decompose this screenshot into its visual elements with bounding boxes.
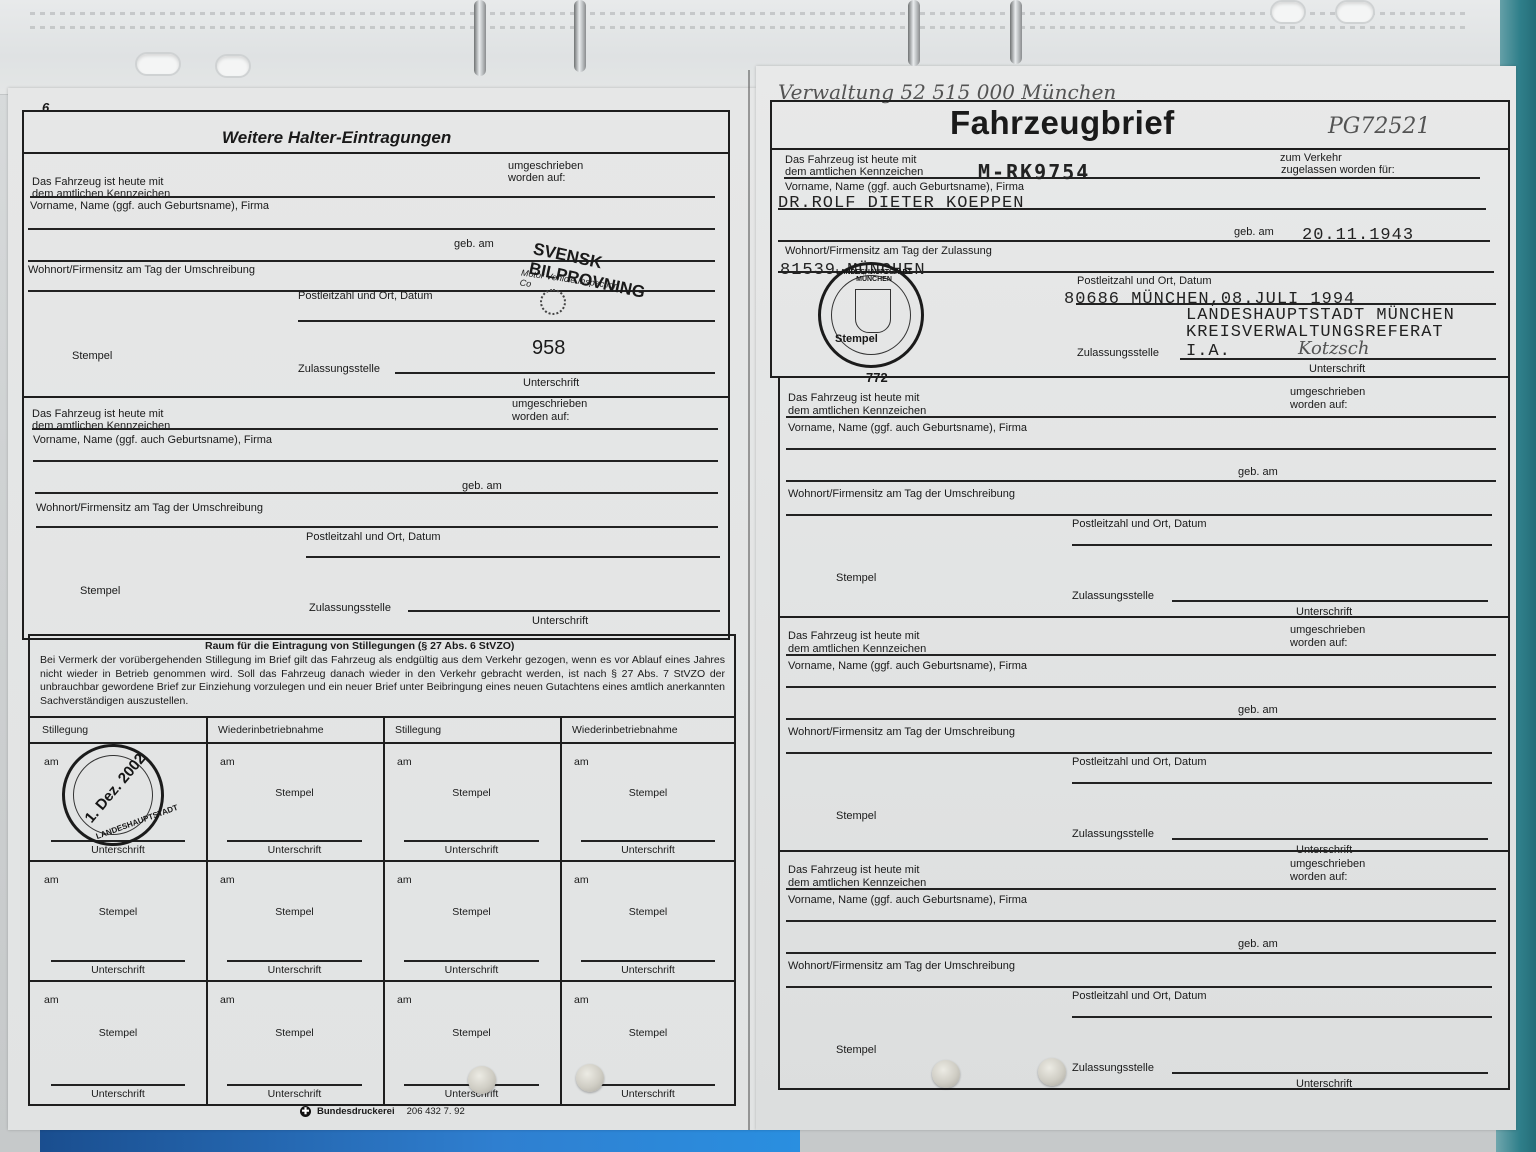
stilllegung-cell[interactable]: am Stempel Unterschrift — [560, 860, 736, 980]
unterschrift-label: Unterschrift — [206, 1088, 383, 1100]
wohnort-label: Wohnort/Firmensitz am Tag der Zulassung — [785, 245, 992, 258]
stempel-label: Stempel — [30, 1027, 206, 1039]
column-header: Wiederinbetriebnahme — [218, 724, 324, 736]
am-label: am — [44, 994, 59, 1006]
stempel-label: Stempel — [383, 906, 560, 918]
printer-imprint: ✚ Bundesdruckerei 206 432 7. 92 — [300, 1106, 465, 1117]
stamp-emblem-icon — [540, 289, 566, 315]
am-label: am — [397, 994, 412, 1006]
binder-peg — [1038, 1058, 1066, 1086]
unterschrift-label: Unterschrift — [383, 964, 560, 976]
geb-label: geb. am — [1238, 466, 1278, 479]
stilllegung-cell[interactable]: am Stempel Unterschrift — [30, 980, 206, 1104]
name-label: Vorname, Name (ggf. auch Geburtsname), F… — [33, 434, 272, 447]
am-label: am — [220, 874, 235, 886]
zulassung-label: Zulassungsstelle — [298, 363, 380, 376]
name-field[interactable] — [786, 448, 1496, 450]
am-label: am — [397, 874, 412, 886]
binder-peg — [468, 1066, 496, 1094]
stempel-label: Stempel — [560, 787, 736, 799]
unterschrift-label: Unterschrift — [30, 1088, 206, 1100]
stilllegung-cell[interactable]: am Stempel Unterschrift — [206, 860, 383, 980]
geb-label: geb. am — [1238, 938, 1278, 951]
punch-hole — [1270, 0, 1306, 24]
unterschrift-label: Unterschrift — [560, 964, 736, 976]
stempel-label: Stempel — [206, 906, 383, 918]
name-field[interactable] — [786, 920, 1496, 922]
stilllegung-title: Raum für die Eintragung von Stillegungen… — [205, 640, 514, 652]
wohnort-label: Wohnort/Firmensitz am Tag der Umschreibu… — [788, 726, 1015, 739]
stempel-label: Stempel — [835, 333, 878, 345]
zulassung-label: Zulassungsstelle — [1077, 347, 1159, 360]
umgeschrieben-label: umgeschrieben — [512, 398, 587, 411]
name-label: Vorname, Name (ggf. auch Geburtsname), F… — [788, 422, 1027, 435]
geb-label: geb. am — [1238, 704, 1278, 717]
svensk-bilprovning-stamp: SVENSK BILPROVNING Motor Vehicle Inspect… — [508, 245, 628, 385]
unterschrift-label: Unterschrift — [206, 964, 383, 976]
plz-label: Postleitzahl und Ort, Datum — [1072, 990, 1207, 1003]
plz-field[interactable] — [1072, 1016, 1492, 1018]
kennzeichen-label: Das Fahrzeug ist heute mit — [788, 392, 919, 405]
zugelassen-label: zugelassen worden für: — [1281, 164, 1395, 177]
am-label: am — [44, 874, 59, 886]
stempel-label: Stempel — [72, 350, 112, 363]
eagle-icon: ✚ — [300, 1106, 311, 1117]
geb-field[interactable] — [786, 718, 1496, 720]
binder-peg — [932, 1060, 960, 1088]
name-label: Vorname, Name (ggf. auch Geburtsname), F… — [788, 894, 1027, 907]
binder-ring — [474, 0, 486, 76]
wohnort-label: Wohnort/Firmensitz am Tag der Umschreibu… — [28, 264, 255, 277]
kennzeichen-label: Das Fahrzeug ist heute mit — [788, 630, 919, 643]
umgeschrieben-label: umgeschrieben — [1290, 858, 1365, 871]
umgeschrieben-label: umgeschrieben — [1290, 386, 1365, 399]
zulassung-label: Zulassungsstelle — [309, 602, 391, 615]
kennzeichen-label: Das Fahrzeug ist heute mit — [788, 864, 919, 877]
umgeschrieben-label: worden auf: — [508, 172, 565, 185]
unterschrift-label: Unterschrift — [560, 844, 736, 856]
geb-field[interactable] — [786, 952, 1496, 954]
handwritten-serial: PG72521 — [1328, 114, 1430, 139]
geb-label: geb. am — [454, 238, 494, 251]
kennzeichen-field[interactable] — [32, 428, 718, 430]
stilllegung-cell[interactable]: am Stempel Unterschrift — [30, 860, 206, 980]
kennzeichen-field[interactable] — [786, 416, 1496, 418]
unterschrift-label: Unterschrift — [383, 844, 560, 856]
page-fold — [748, 70, 750, 1130]
name-field[interactable] — [786, 686, 1496, 688]
name-field[interactable] — [28, 228, 715, 230]
unterschrift-label: Unterschrift — [30, 964, 206, 976]
stempel-label: Stempel — [206, 1027, 383, 1039]
plz-field[interactable] — [1072, 782, 1492, 784]
binder-ring — [908, 0, 920, 66]
section-title: Weitere Halter-Eintragungen — [222, 128, 451, 148]
am-label: am — [574, 756, 589, 768]
wohnort-label: Wohnort/Firmensitz am Tag der Umschreibu… — [788, 960, 1015, 973]
stempel-label: Stempel — [30, 906, 206, 918]
unterschrift-label: Unterschrift — [1296, 1078, 1352, 1091]
zulassung-field[interactable] — [1172, 838, 1488, 840]
stilllegung-notice: Bei Vermerk der vorübergehenden Stillegu… — [40, 654, 725, 708]
punch-hole — [135, 52, 181, 76]
stilllegung-cell[interactable]: am Stempel Unterschrift — [206, 980, 383, 1104]
zulassung-label: Zulassungsstelle — [1072, 828, 1154, 841]
punch-hole — [1335, 0, 1375, 24]
stempel-label: Stempel — [560, 1027, 736, 1039]
stilllegung-cell[interactable]: am Stempel Unterschrift — [383, 860, 560, 980]
geb-label: geb. am — [1234, 226, 1274, 239]
column-header: Stillegung — [42, 724, 88, 736]
stempel-label: Stempel — [383, 787, 560, 799]
zulassung-field[interactable] — [1172, 1072, 1488, 1074]
plz-field[interactable] — [306, 556, 720, 558]
munich-city-stamp: LANDESHAUPTSTADT MÜNCHEN Stempel — [818, 262, 924, 368]
stamp-text: LANDESHAUPTSTADT MÜNCHEN — [831, 269, 917, 283]
name-label: Vorname, Name (ggf. auch Geburtsname), F… — [788, 660, 1027, 673]
zulassung-field[interactable] — [1172, 600, 1488, 602]
stamp-number: 958 — [532, 337, 565, 360]
wohnort-label: Wohnort/Firmensitz am Tag der Umschreibu… — [36, 502, 263, 515]
stempel-label: Stempel — [80, 585, 120, 598]
unterschrift-label: Unterschrift — [532, 615, 588, 628]
stempel-label: Stempel — [206, 787, 383, 799]
zulassung-label: Zulassungsstelle — [1072, 590, 1154, 603]
plz-label: Postleitzahl und Ort, Datum — [1072, 756, 1207, 769]
name-label: Vorname, Name (ggf. auch Geburtsname), F… — [30, 200, 269, 213]
stempel-label: Stempel — [383, 1027, 560, 1039]
kennzeichen-field[interactable] — [786, 888, 1496, 890]
kennzeichen-label: dem amtlichen Kennzeichen — [32, 420, 170, 433]
umgeschrieben-label: worden auf: — [512, 411, 569, 424]
am-label: am — [220, 756, 235, 768]
wohnort-field[interactable] — [786, 514, 1492, 516]
binder-ring — [574, 0, 586, 72]
binder-peg — [576, 1064, 604, 1092]
blue-folder-edge — [40, 1128, 800, 1152]
name-field[interactable] — [33, 460, 718, 462]
wohnort-label: Wohnort/Firmensitz am Tag der Umschreibu… — [788, 488, 1015, 501]
stempel-label: Stempel — [560, 906, 736, 918]
wohnort-field[interactable] — [786, 752, 1492, 754]
birth-date-value: 20.11.1943 — [1302, 226, 1414, 245]
binder-ring — [1010, 0, 1022, 64]
umgeschrieben-label: umgeschrieben — [1290, 624, 1365, 637]
punch-hole — [215, 54, 251, 78]
geb-field[interactable] — [786, 480, 1496, 482]
am-label: am — [397, 756, 412, 768]
coat-of-arms-icon — [855, 289, 891, 333]
official-signature: Kotzsch — [1298, 338, 1369, 359]
column-header: Stillegung — [395, 724, 441, 736]
am-label: am — [574, 994, 589, 1006]
am-label: am — [220, 994, 235, 1006]
unterschrift-label: Unterschrift — [1309, 363, 1365, 376]
column-header: Wiederinbetriebnahme — [572, 724, 678, 736]
kennzeichen-field[interactable] — [786, 654, 1496, 656]
wohnort-field[interactable] — [786, 986, 1492, 988]
zulassung-label: Zulassungsstelle — [1072, 1062, 1154, 1075]
plz-field[interactable] — [1072, 544, 1492, 546]
geb-field[interactable] — [35, 492, 718, 494]
printer-name: Bundesdruckerei — [317, 1106, 395, 1117]
am-label: am — [574, 874, 589, 886]
name-label: Vorname, Name (ggf. auch Geburtsname), F… — [785, 181, 1024, 194]
am-label: am — [44, 756, 59, 768]
umgeschrieben-label: worden auf: — [1290, 399, 1347, 412]
umgeschrieben-label: worden auf: — [1290, 637, 1347, 650]
stilllegung-cell[interactable]: am Stempel Unterschrift — [560, 742, 736, 860]
plz-label: Postleitzahl und Ort, Datum — [306, 531, 441, 544]
stempel-label: Stempel — [836, 1044, 876, 1057]
plz-field[interactable] — [298, 320, 715, 322]
wohnort-field[interactable] — [36, 526, 718, 528]
umgeschrieben-label: worden auf: — [1290, 871, 1347, 884]
stilllegung-cell[interactable]: am Stempel Unterschrift — [206, 742, 383, 860]
plz-label: Postleitzahl und Ort, Datum — [1072, 518, 1207, 531]
unterschrift-label: Unterschrift — [206, 844, 383, 856]
plz-label: Postleitzahl und Ort, Datum — [298, 290, 433, 303]
plz-label: Postleitzahl und Ort, Datum — [1077, 275, 1212, 288]
stempel-label: Stempel — [836, 572, 876, 585]
printer-code: 206 432 7. 92 — [407, 1106, 465, 1117]
stilllegung-cell[interactable]: am Stempel Unterschrift — [383, 742, 560, 860]
zulassung-field[interactable] — [408, 610, 720, 612]
owner-name-value: DR.ROLF DIETER KOEPPEN — [778, 194, 1024, 213]
stempel-label: Stempel — [836, 810, 876, 823]
kennzeichen-field[interactable] — [30, 196, 715, 198]
document-title: Fahrzeugbrief — [950, 104, 1175, 142]
